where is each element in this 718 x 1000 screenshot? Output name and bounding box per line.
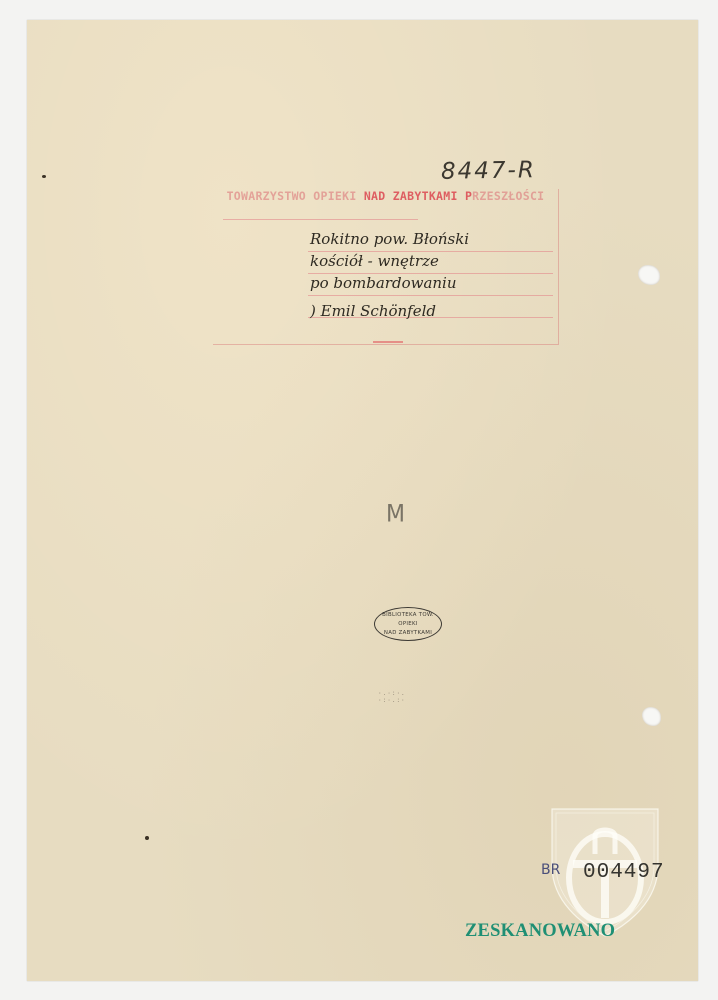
ink-speck: [145, 836, 149, 840]
red-stamp-text-faint: TOWARZYSTWO OPIEKI: [227, 189, 364, 203]
library-stamp-line: NAD ZABYTKAMI: [375, 629, 441, 638]
handwritten-note: Rokitno pow. Błoński kościół - wnętrze p…: [310, 228, 469, 322]
punch-hole-bottom: [642, 707, 661, 726]
note-signature: ) Emil Schönfeld: [310, 300, 469, 322]
red-stamp-rule: [223, 219, 418, 220]
ink-speck: [42, 175, 46, 178]
red-stamp-heading: TOWARZYSTWO OPIEKI NAD ZABYTKAMI PRZESZŁ…: [213, 189, 558, 203]
red-stamp-text-faint-end: RZESZŁOŚCI: [472, 189, 544, 203]
inventory-prefix: BR: [541, 862, 560, 878]
scanned-label: ZESKANOWANO: [465, 921, 615, 942]
library-stamp-line: BIBLIOTEKA TOW.: [375, 611, 441, 620]
note-line: po bombardowaniu: [310, 272, 469, 294]
faint-stamp: ·.·:·. ·:·.:·: [378, 690, 418, 712]
catalog-number: 8447-R: [441, 157, 536, 185]
library-stamp: BIBLIOTEKA TOW. OPIEKI NAD ZABYTKAMI: [374, 607, 442, 641]
library-stamp-line: OPIEKI: [375, 620, 441, 629]
faint-stamp-line: ·:·.:·: [378, 697, 418, 704]
note-line: Rokitno pow. Błoński: [310, 228, 469, 250]
red-stamp-rule: [373, 341, 403, 343]
note-line: kościół - wnętrze: [310, 250, 469, 272]
pencil-mark: M: [386, 501, 405, 529]
red-stamp-text-strong: NAD ZABYTKAMI P: [364, 189, 472, 203]
faint-stamp-line: ·.·:·.: [378, 690, 418, 697]
punch-hole-top: [638, 265, 660, 285]
inventory-number: 004497: [583, 861, 665, 884]
